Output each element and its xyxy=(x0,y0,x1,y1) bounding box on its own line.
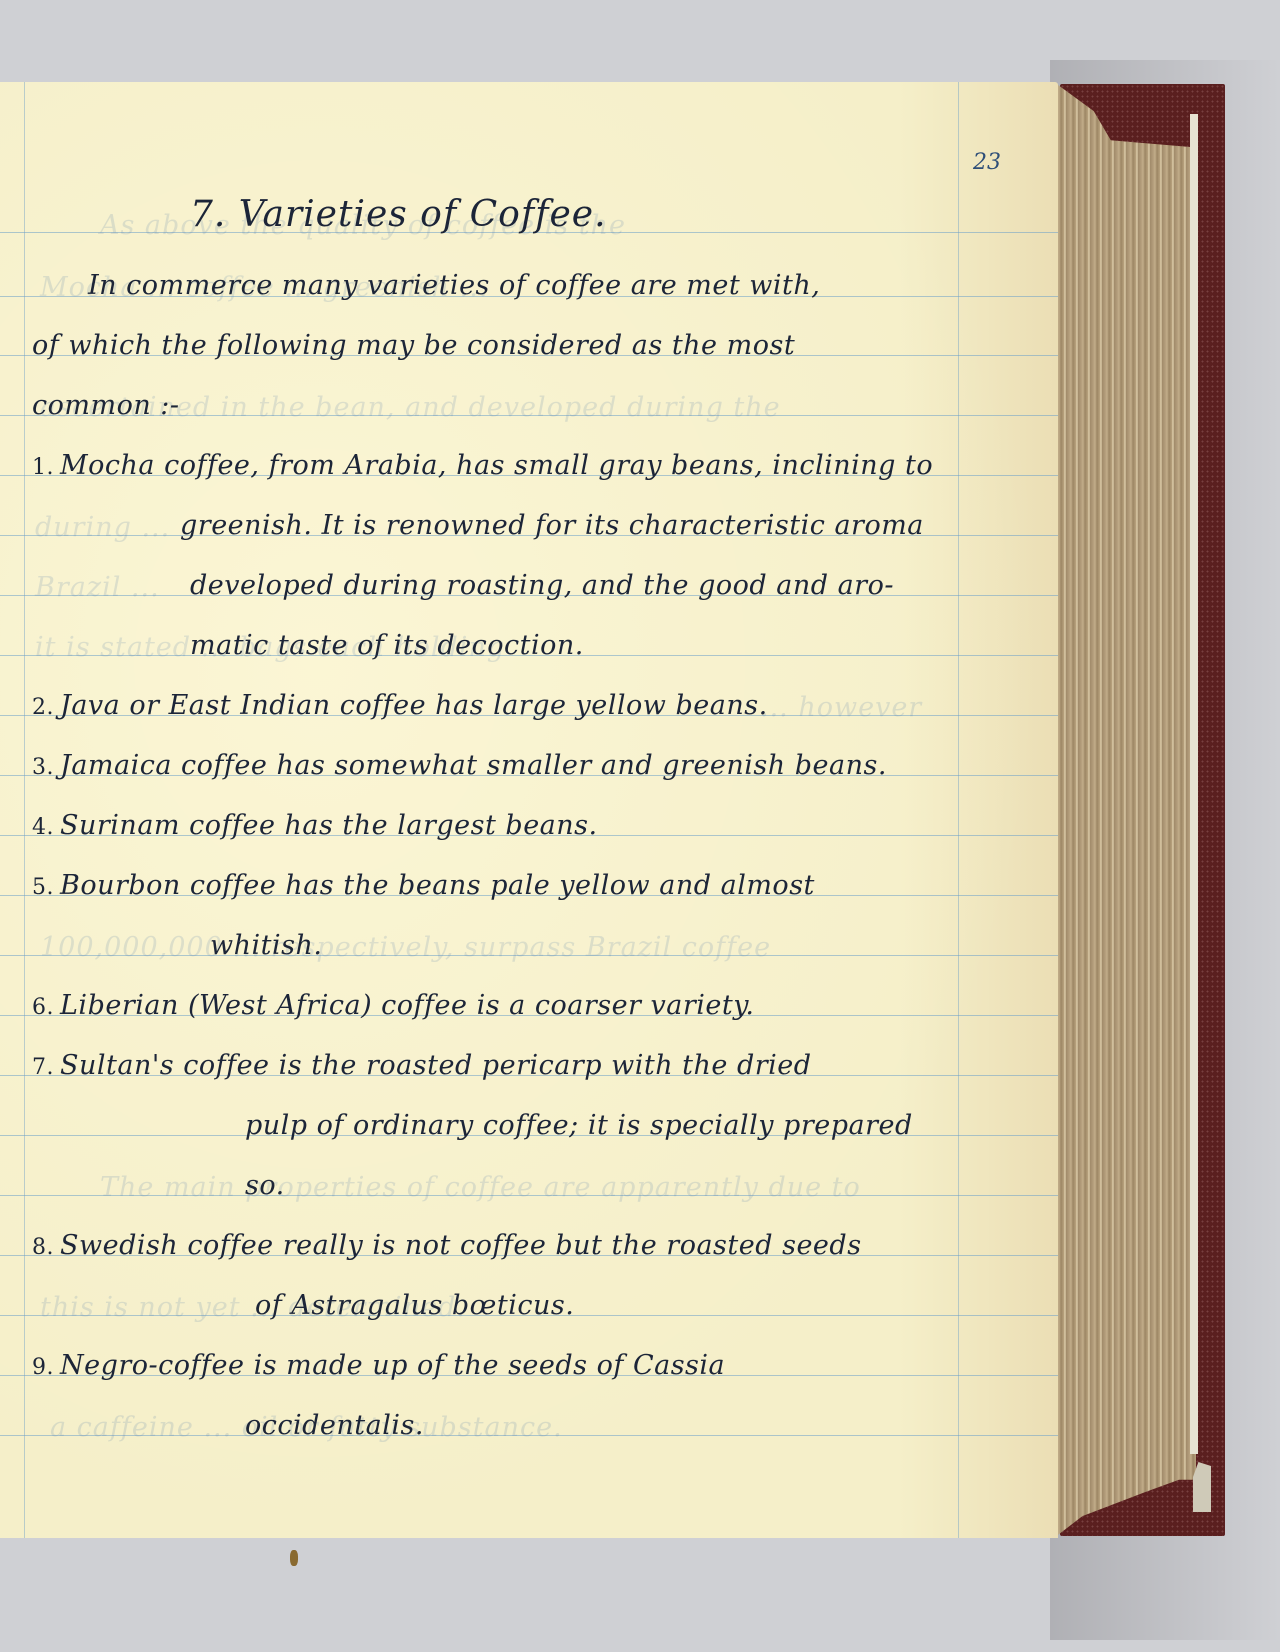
list-item-java: 2.Java or East Indian coffee has large y… xyxy=(32,690,768,721)
list-item-surinam: 4.Surinam coffee has the largest beans. xyxy=(32,810,598,841)
show-through-text: Brazil ... xyxy=(35,572,160,603)
item-continuation: pulp of ordinary coffee; it is specially… xyxy=(245,1110,913,1141)
item-number: 1. xyxy=(32,455,54,480)
page-edges xyxy=(1054,82,1196,1538)
item-number: 4. xyxy=(32,815,54,840)
item-continuation: whitish. xyxy=(210,930,322,961)
item-text: Java or East Indian coffee has large yel… xyxy=(60,690,768,721)
item-text: Negro-coffee is made up of the seeds of … xyxy=(60,1350,725,1381)
item-text: Jamaica coffee has somewhat smaller and … xyxy=(60,750,887,781)
item-continuation: occidentalis. xyxy=(245,1410,424,1441)
intro-line: of which the following may be considered… xyxy=(32,330,795,361)
list-item-liberian: 6.Liberian (West Africa) coffee is a coa… xyxy=(32,990,755,1021)
item-number: 8. xyxy=(32,1235,54,1260)
margin-rule xyxy=(24,82,25,1538)
list-item-bourbon: 5.Bourbon coffee has the beans pale yell… xyxy=(32,870,815,901)
intro-line: In commerce many varieties of coffee are… xyxy=(88,270,820,301)
page-title: 7. Varieties of Coffee. xyxy=(190,194,607,235)
item-text: Bourbon coffee has the beans pale yellow… xyxy=(60,870,815,901)
item-continuation: so. xyxy=(245,1170,285,1201)
item-text: Mocha coffee, from Arabia, has small gra… xyxy=(60,450,933,481)
item-number: 7. xyxy=(32,1055,54,1080)
flyleaf xyxy=(1190,114,1198,1454)
ink-stain xyxy=(290,1550,298,1566)
item-continuation: developed during roasting, and the good … xyxy=(190,570,894,601)
show-through-text: 100,000,000 ... respectively, surpass Br… xyxy=(40,932,771,963)
item-number: 6. xyxy=(32,995,54,1020)
intro-line: common :- xyxy=(32,390,180,421)
show-through-text: ... however xyxy=(760,692,922,723)
item-continuation: matic taste of its decoction. xyxy=(190,630,584,661)
page-number: 23 xyxy=(973,150,1001,175)
item-text: Swedish coffee really is not coffee but … xyxy=(60,1230,862,1261)
item-number: 3. xyxy=(32,755,54,780)
list-item-mocha: 1.Mocha coffee, from Arabia, has small g… xyxy=(32,450,933,481)
item-number: 9. xyxy=(32,1355,54,1380)
item-continuation: of Astragalus bœticus. xyxy=(255,1290,574,1321)
list-item-negro-coffee: 9.Negro-coffee is made up of the seeds o… xyxy=(32,1350,725,1381)
item-number: 5. xyxy=(32,875,54,900)
list-item-sultans: 7.Sultan's coffee is the roasted pericar… xyxy=(32,1050,812,1081)
item-continuation: greenish. It is renowned for its charact… xyxy=(180,510,924,541)
margin-rule xyxy=(958,82,959,1538)
show-through-text: The main properties of coffee are appare… xyxy=(100,1172,861,1203)
item-text: Liberian (West Africa) coffee is a coars… xyxy=(60,990,755,1021)
show-through-text: during ... xyxy=(35,512,170,543)
item-text: Sultan's coffee is the roasted pericarp … xyxy=(60,1050,812,1081)
list-item-jamaica: 3.Jamaica coffee has somewhat smaller an… xyxy=(32,750,887,781)
list-item-swedish: 8.Swedish coffee really is not coffee bu… xyxy=(32,1230,862,1261)
item-text: Surinam coffee has the largest beans. xyxy=(60,810,598,841)
item-number: 2. xyxy=(32,695,54,720)
